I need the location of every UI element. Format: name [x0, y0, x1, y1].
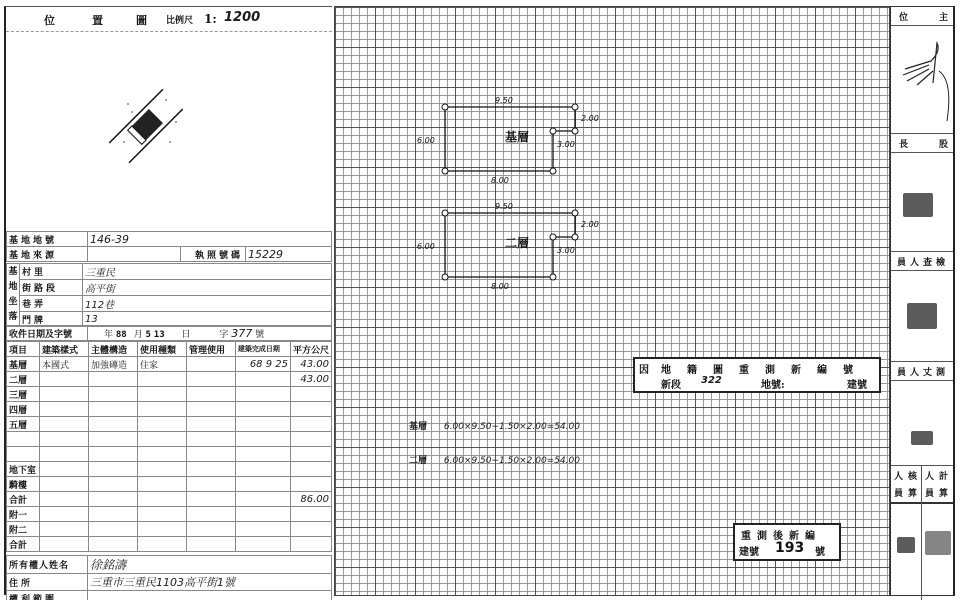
- table-row: 附二: [7, 522, 332, 537]
- table-row: 合計: [7, 537, 332, 552]
- stamp-section-value: 322: [701, 375, 722, 386]
- receipt-label: 收件日期及字號: [7, 326, 88, 341]
- header-char: 人: [925, 469, 934, 482]
- header-char: 長: [899, 137, 908, 150]
- rights-scope-label: 權利範圍: [7, 591, 88, 600]
- table-row: [7, 447, 332, 462]
- cell-item: [7, 447, 40, 462]
- cell-style: [39, 492, 88, 507]
- receipt-value: 年 88 月 5 13 日 字 377 號: [88, 326, 332, 341]
- stamp-building-label: 建號: [847, 376, 867, 391]
- cell-mgmt: [186, 477, 235, 492]
- cell-completed: [235, 447, 290, 462]
- cell-structure: [88, 447, 137, 462]
- header-label: 員人丈測: [897, 365, 949, 378]
- cell-structure: [88, 507, 137, 522]
- cell-use: [137, 387, 186, 402]
- permit-number-value: 15229: [246, 247, 332, 262]
- cell-completed: [235, 492, 290, 507]
- cell-area: [290, 432, 331, 447]
- owner-table: 所有權人姓名 徐銘濤 住所 三重市三重民1103高平街1號 權利範圍: [6, 555, 332, 600]
- year-label: 年: [104, 330, 113, 340]
- cell-item: 合計: [7, 537, 40, 552]
- header-label: 員人查檢: [897, 255, 949, 268]
- table-row: 附一: [7, 507, 332, 522]
- cell-area: [290, 507, 331, 522]
- cell-area: [290, 387, 331, 402]
- cell-mgmt: [186, 492, 235, 507]
- table-row: 地下室: [7, 462, 332, 477]
- cell-item: 合計: [7, 492, 40, 507]
- group-char: 基: [7, 265, 19, 280]
- cell-mgmt: [186, 402, 235, 417]
- cell-item: 地下室: [7, 462, 40, 477]
- seal-stamp-icon: [903, 193, 933, 217]
- signature-mark: [895, 31, 953, 121]
- cell-mgmt: [186, 522, 235, 537]
- cell-completed: [235, 432, 290, 447]
- building-number: 193: [775, 540, 804, 556]
- svg-text:基層: 基層: [505, 129, 529, 144]
- cell-style: [39, 522, 88, 537]
- cell-area: 43.00: [290, 357, 331, 372]
- cell-use: [137, 462, 186, 477]
- rights-scope-value: [88, 591, 332, 600]
- cell-structure: [88, 462, 137, 477]
- cell-mgmt: [186, 537, 235, 552]
- cell-use: [137, 477, 186, 492]
- cell-structure: [88, 372, 137, 387]
- cell-item: 五層: [7, 417, 40, 432]
- cell-style: [39, 462, 88, 477]
- receipt-table: 收件日期及字號 年 88 月 5 13 日 字 377 號: [6, 325, 332, 341]
- title-char: 位: [44, 12, 55, 28]
- stamp-title: 地籍圖重測新編號: [661, 361, 869, 376]
- scale-label: 比例尺: [166, 13, 193, 26]
- col-header: 建築樣式: [39, 342, 88, 357]
- header-char: 計: [939, 469, 948, 482]
- table-row: 二層43.00: [7, 372, 332, 387]
- cell-use: [137, 417, 186, 432]
- group-char: 地: [7, 280, 19, 295]
- calc-formula: 6.00×9.50−1.50×2.00=54.00: [444, 422, 580, 432]
- lane-label: 巷弄: [20, 296, 83, 312]
- cell-structure: [88, 387, 137, 402]
- table-header-row: 項目 建築樣式 主體構造 使用種類 管理使用 建築完成日期 平方公尺: [7, 342, 332, 357]
- svg-text:8.00: 8.00: [491, 282, 509, 291]
- cell-item: 附一: [7, 507, 40, 522]
- cell-completed: [235, 462, 290, 477]
- cell-style: 本國式: [39, 357, 88, 372]
- owner-name-value: 徐銘濤: [88, 556, 332, 574]
- survey-renumber-stamp: 重測後新編 建號 193 號: [733, 523, 841, 561]
- col-header: 主體構造: [88, 342, 137, 357]
- address-table: 基 地 坐 落 村里 三重民 街路段 高平街 巷弄 112巷 門牌 13: [6, 263, 332, 327]
- header-char: 主: [939, 10, 948, 23]
- cell-mgmt: [186, 462, 235, 477]
- group-char: 坐: [7, 295, 19, 310]
- stamp-prefix: 建號: [739, 543, 759, 558]
- area-calc-row: 基層 6.00×9.50−1.50×2.00=54.00: [409, 419, 580, 432]
- owner-address-value: 三重市三重民1103高平街1號: [88, 574, 332, 591]
- cell-structure: [88, 432, 137, 447]
- location-map-header: 位 置 圖 比例尺 1: 1200: [6, 7, 332, 32]
- cell-completed: 68 9 25: [235, 357, 290, 372]
- cell-item: 基層: [7, 357, 40, 372]
- floor-plan-drawings: 9.506.008.002.003.00基層9.506.008.002.003.…: [335, 7, 889, 595]
- building-info-panel: 位 置 圖 比例尺 1: 1200 基地地號 146-39 基地來源 執照號碼 …: [4, 6, 332, 595]
- number-suffix: 號: [255, 330, 264, 340]
- cell-completed: [235, 522, 290, 537]
- cell-use: [137, 372, 186, 387]
- svg-text:9.50: 9.50: [495, 96, 513, 105]
- cell-area: 43.00: [290, 372, 331, 387]
- receipt-number: 377: [231, 327, 252, 340]
- scale-value: 1200: [224, 10, 260, 25]
- owner-address-label: 住所: [7, 574, 88, 591]
- cell-area: [290, 537, 331, 552]
- header-char: 人: [894, 469, 903, 482]
- cell-mgmt: [186, 447, 235, 462]
- cell-area: [290, 477, 331, 492]
- table-row: 基層本國式加強磚造住家68 9 2543.00: [7, 357, 332, 372]
- group-char: 落: [7, 310, 19, 325]
- cell-mgmt: [186, 432, 235, 447]
- cell-area: [290, 447, 331, 462]
- calc-floor-label: 二層: [409, 456, 427, 466]
- section-header-surveyor: 員人丈測: [891, 361, 953, 381]
- seal-stamp-icon: [897, 537, 915, 553]
- cell-completed: [235, 417, 290, 432]
- stamp-section-label: 新段: [661, 376, 681, 391]
- cell-style: [39, 387, 88, 402]
- cell-use: [137, 447, 186, 462]
- cell-style: [39, 507, 88, 522]
- cell-structure: [88, 537, 137, 552]
- village-value: 三重民: [83, 264, 332, 280]
- stamp-suffix: 號: [815, 543, 825, 558]
- calc-formula: 6.00×9.50−1.50×2.00=54.00: [444, 456, 580, 466]
- street-label: 街路段: [20, 280, 83, 296]
- header-char: 算: [939, 486, 948, 499]
- lot-number-label: 基地地號: [7, 232, 88, 247]
- svg-text:3.00: 3.00: [557, 246, 575, 255]
- cell-style: [39, 417, 88, 432]
- col-header: 建築完成日期: [235, 342, 290, 357]
- cell-structure: 加強磚造: [88, 357, 137, 372]
- cell-mgmt: [186, 372, 235, 387]
- cell-style: [39, 447, 88, 462]
- title-char: 圖: [136, 12, 147, 28]
- seal-stamp-icon: [907, 303, 937, 329]
- col-header: 使用種類: [137, 342, 186, 357]
- section-header-director: 位 主: [891, 7, 953, 26]
- building-footprint-icon: [109, 89, 183, 163]
- cell-item: 四層: [7, 402, 40, 417]
- cell-style: [39, 432, 88, 447]
- cell-item: 騎樓: [7, 477, 40, 492]
- cell-use: [137, 492, 186, 507]
- lot-info-table: 基地地號 146-39 基地來源 執照號碼 15229: [6, 231, 332, 262]
- cell-style: [39, 537, 88, 552]
- cell-style: [39, 477, 88, 492]
- svg-text:9.50: 9.50: [495, 202, 513, 211]
- table-row: 騎樓: [7, 477, 332, 492]
- cell-completed: [235, 507, 290, 522]
- cell-structure: [88, 477, 137, 492]
- year-value: 88: [116, 330, 127, 340]
- cell-style: [39, 402, 88, 417]
- section-header-chief: 長 股: [891, 133, 953, 153]
- header-char: 算: [908, 486, 917, 499]
- cell-completed: [235, 477, 290, 492]
- cell-mgmt: [186, 417, 235, 432]
- header-char: 股: [939, 137, 948, 150]
- street-value: 高平街: [83, 280, 332, 296]
- header-char: 員: [925, 486, 934, 499]
- seal-stamp-icon: [925, 531, 951, 555]
- cell-completed: [235, 372, 290, 387]
- day-label: 日: [182, 330, 191, 340]
- cell-item: 附二: [7, 522, 40, 537]
- cell-item: 三層: [7, 387, 40, 402]
- permit-number-label: 執照號碼: [181, 247, 246, 262]
- cell-structure: [88, 492, 137, 507]
- lane-value: 112巷: [83, 296, 332, 312]
- cell-use: [137, 432, 186, 447]
- col-header: 平方公尺: [290, 342, 331, 357]
- cell-area: [290, 402, 331, 417]
- location-sketch: [6, 32, 332, 232]
- table-row: [7, 432, 332, 447]
- header-char: 核: [908, 469, 917, 482]
- lot-source-label: 基地來源: [7, 247, 88, 262]
- title-char: 置: [92, 12, 103, 28]
- cell-mgmt: [186, 387, 235, 402]
- scale-prefix: 1:: [204, 12, 217, 26]
- svg-text:6.00: 6.00: [417, 242, 435, 251]
- approval-signature-column: 位 主 長 股 員人查檢 員人丈測 人 員 核 算 人 員 計 算: [890, 6, 955, 596]
- building-floor-table: 項目 建築樣式 主體構造 使用種類 管理使用 建築完成日期 平方公尺 基層本國式…: [6, 341, 332, 552]
- cell-use: [137, 522, 186, 537]
- cell-use: [137, 537, 186, 552]
- cell-completed: [235, 402, 290, 417]
- header-char: 員: [894, 486, 903, 499]
- svg-text:2.00: 2.00: [581, 220, 599, 229]
- lot-source-value: [88, 247, 181, 262]
- month-value: 5: [146, 330, 151, 340]
- cell-use: [137, 402, 186, 417]
- cell-structure: [88, 402, 137, 417]
- cell-area: [290, 522, 331, 537]
- address-group-label: 基 地 坐 落: [7, 264, 20, 327]
- cell-area: 86.00: [290, 492, 331, 507]
- table-row: 五層: [7, 417, 332, 432]
- table-row: 合計86.00: [7, 492, 332, 507]
- svg-text:3.00: 3.00: [557, 140, 575, 149]
- cell-structure: [88, 522, 137, 537]
- cell-area: [290, 462, 331, 477]
- cell-area: [290, 417, 331, 432]
- section-header-calculators: 人 員 核 算 人 員 計 算: [891, 465, 953, 504]
- calc-floor-label: 基層: [409, 422, 427, 432]
- day-value: 13: [154, 330, 165, 340]
- seal-stamp-icon: [911, 431, 933, 445]
- header-char: 位: [899, 10, 908, 23]
- stamp-lot-label: 地號:: [761, 376, 785, 391]
- table-row: 四層: [7, 402, 332, 417]
- col-header: 管理使用: [186, 342, 235, 357]
- area-calc-row: 二層 6.00×9.50−1.50×2.00=54.00: [409, 453, 580, 466]
- cell-use: 住家: [137, 357, 186, 372]
- cell-item: [7, 432, 40, 447]
- svg-text:2.00: 2.00: [581, 114, 599, 123]
- survey-grid-paper: 9.506.008.002.003.00基層9.506.008.002.003.…: [334, 6, 890, 596]
- cell-item: 二層: [7, 372, 40, 387]
- cell-completed: [235, 387, 290, 402]
- section-header-inspector: 員人查檢: [891, 251, 953, 271]
- village-label: 村里: [20, 264, 83, 280]
- cadastral-renumber-stamp: 因 地籍圖重測新編號 新段 322 地號: 建號: [633, 357, 881, 393]
- cell-mgmt: [186, 357, 235, 372]
- number-prefix: 字: [219, 330, 228, 340]
- col-header: 項目: [7, 342, 40, 357]
- cell-style: [39, 372, 88, 387]
- cell-mgmt: [186, 507, 235, 522]
- cell-structure: [88, 417, 137, 432]
- svg-text:6.00: 6.00: [417, 136, 435, 145]
- svg-text:二層: 二層: [505, 235, 529, 250]
- cell-completed: [235, 537, 290, 552]
- svg-text:8.00: 8.00: [491, 176, 509, 185]
- month-label: 月: [134, 330, 143, 340]
- cell-use: [137, 507, 186, 522]
- lot-number-value: 146-39: [88, 232, 332, 247]
- table-row: 三層: [7, 387, 332, 402]
- owner-name-label: 所有權人姓名: [7, 556, 88, 574]
- stamp-prefix: 因: [639, 361, 649, 376]
